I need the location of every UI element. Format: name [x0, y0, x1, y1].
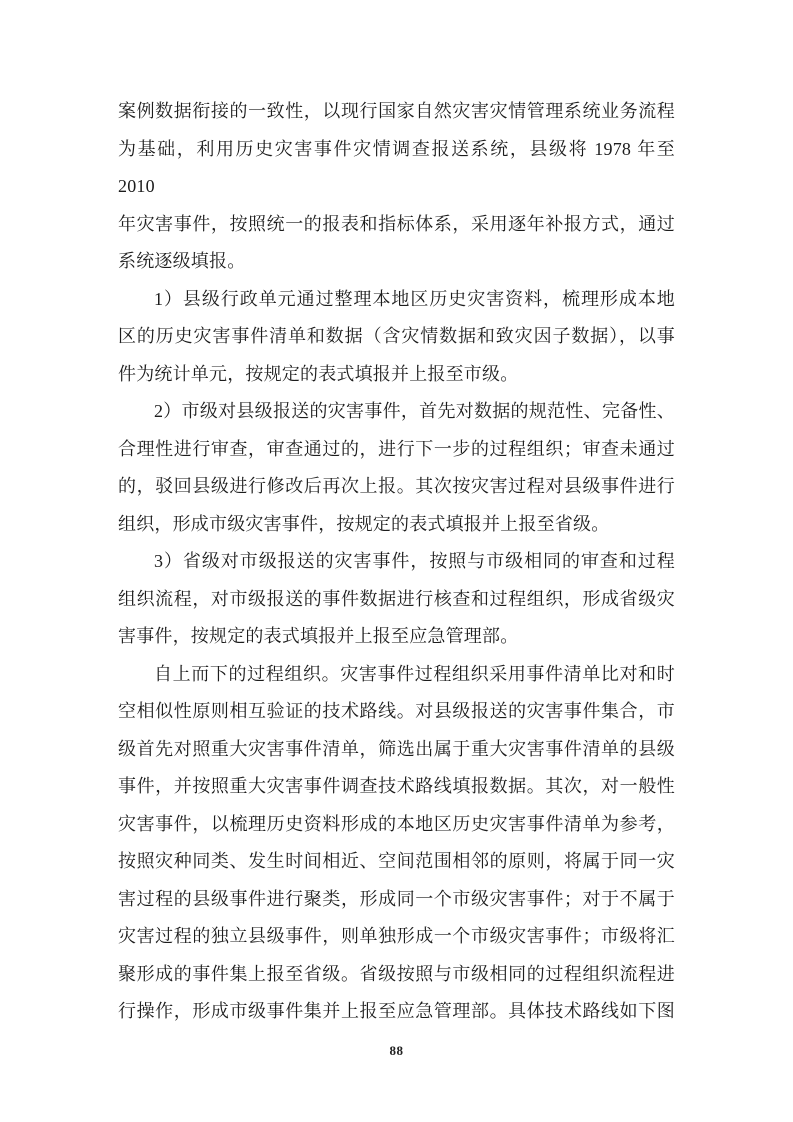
text-line: 的，驳回县级进行修改后再次上报。其次按灾害过程对县级事件进行 — [118, 468, 675, 506]
page-number: 88 — [0, 1043, 793, 1059]
text-line: 合理性进行审查，审查通过的，进行下一步的过程组织；审查未通过 — [118, 431, 675, 469]
paragraph: 3）省级对市级报送的灾害事件，按照与市级相同的审查和过程组织流程，对市级报送的事… — [118, 543, 675, 656]
text-line: 害过程的县级事件进行聚类，形成同一个市级灾害事件；对于不属于 — [118, 881, 675, 919]
text-line: 空相似性原则相互验证的技术路线。对县级报送的灾害事件集合，市 — [118, 693, 675, 731]
paragraph: 案例数据衔接的一致性，以现行国家自然灾害灾情管理系统业务流程为基础，利用历史灾害… — [118, 93, 675, 281]
text-line: 聚形成的事件集上报至省级。省级按照与市级相同的过程组织流程进 — [118, 956, 675, 994]
text-line: 系统逐级填报。 — [118, 243, 675, 281]
text-line: 灾害过程的独立县级事件，则单独形成一个市级灾害事件；市级将汇 — [118, 918, 675, 956]
text-line: 事件，并按照重大灾害事件调查技术路线填报数据。其次，对一般性 — [118, 768, 675, 806]
body-text: 案例数据衔接的一致性，以现行国家自然灾害灾情管理系统业务流程为基础，利用历史灾害… — [118, 93, 675, 1031]
text-line: 灾害事件，以梳理历史资料形成的本地区历史灾害事件清单为参考， — [118, 806, 675, 844]
text-line: 害事件，按规定的表式填报并上报至应急管理部。 — [118, 618, 675, 656]
text-line: 自上而下的过程组织。灾害事件过程组织采用事件清单比对和时 — [118, 656, 675, 694]
text-line: 3）省级对市级报送的灾害事件，按照与市级相同的审查和过程 — [118, 543, 675, 581]
text-line: 年灾害事件，按照统一的报表和指标体系，采用逐年补报方式，通过 — [118, 206, 675, 244]
text-line: 件为统计单元，按规定的表式填报并上报至市级。 — [118, 356, 675, 394]
text-line: 行操作，形成市级事件集并上报至应急管理部。具体技术路线如下图 — [118, 993, 675, 1031]
text-line: 案例数据衔接的一致性，以现行国家自然灾害灾情管理系统业务流程 — [118, 93, 675, 131]
text-line: 为基础，利用历史灾害事件灾情调查报送系统，县级将 1978 年至 2010 — [118, 131, 675, 206]
text-line: 按照灾种同类、发生时间相近、空间范围相邻的原则，将属于同一灾 — [118, 843, 675, 881]
paragraph: 2）市级对县级报送的灾害事件，首先对数据的规范性、完备性、合理性进行审查，审查通… — [118, 393, 675, 543]
text-line: 组织流程，对市级报送的事件数据进行核查和过程组织，形成省级灾 — [118, 581, 675, 619]
text-line: 组织，形成市级灾害事件，按规定的表式填报并上报至省级。 — [118, 506, 675, 544]
paragraph: 自上而下的过程组织。灾害事件过程组织采用事件清单比对和时空相似性原则相互验证的技… — [118, 656, 675, 1031]
text-line: 2）市级对县级报送的灾害事件，首先对数据的规范性、完备性、 — [118, 393, 675, 431]
document-page: 案例数据衔接的一致性，以现行国家自然灾害灾情管理系统业务流程为基础，利用历史灾害… — [0, 0, 793, 1122]
text-line: 区的历史灾害事件清单和数据（含灾情数据和致灾因子数据），以事 — [118, 318, 675, 356]
text-line: 级首先对照重大灾害事件清单，筛选出属于重大灾害事件清单的县级 — [118, 731, 675, 769]
text-line: 1）县级行政单元通过整理本地区历史灾害资料，梳理形成本地 — [118, 281, 675, 319]
paragraph: 1）县级行政单元通过整理本地区历史灾害资料，梳理形成本地区的历史灾害事件清单和数… — [118, 281, 675, 394]
